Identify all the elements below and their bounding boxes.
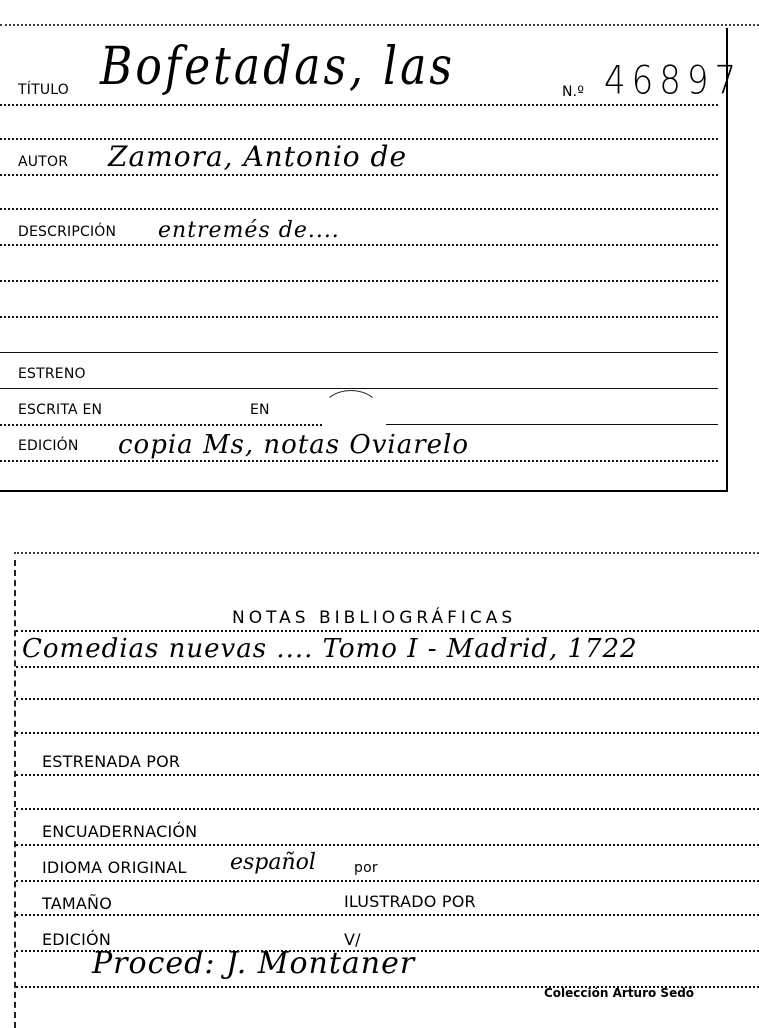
written-in-rule-right — [386, 424, 718, 425]
card-front: TÍTULO Bofetadas, las N.º 46897 AUTOR Za… — [0, 28, 728, 492]
premiered-by-label: ESTRENADA POR — [42, 752, 180, 771]
scan-edge-middle — [14, 552, 759, 554]
author-label: AUTOR — [18, 154, 68, 170]
title-value: Bofetadas, las — [100, 36, 455, 97]
premiere-rule — [0, 388, 718, 389]
notes-rule-3 — [16, 698, 759, 700]
illustrated-by-label: ILUSTRADO POR — [344, 892, 476, 911]
notes-rule-4 — [16, 732, 759, 734]
original-language-value: español — [230, 850, 316, 875]
notes-rule-2 — [16, 666, 759, 668]
original-language-by-label: por — [354, 860, 378, 876]
title-label: TÍTULO — [18, 82, 69, 98]
premiered-by-rule — [16, 774, 759, 776]
card-back: NOTAS BIBLIOGRÁFICAS Comedias nuevas ...… — [14, 560, 759, 1028]
provenance-value: Proced: J. Montaner — [92, 946, 415, 981]
bibliographic-notes-heading: NOTAS BIBLIOGRÁFICAS — [232, 608, 516, 628]
stamp-mark — [322, 390, 380, 432]
written-in-year-label: EN — [250, 402, 270, 418]
author-rule-2 — [0, 208, 718, 210]
blank-rule-back — [16, 808, 759, 810]
binding-rule — [16, 844, 759, 846]
blank-rule-3 — [0, 352, 718, 353]
description-value: entremés de.... — [158, 218, 340, 243]
original-language-label: IDIOMA ORIGINAL — [42, 858, 187, 877]
number-value: 46897 — [604, 58, 742, 104]
binding-label: ENCUADERNACIÓN — [42, 822, 197, 841]
scan-edge-top — [0, 24, 759, 26]
size-label: TAMAÑO — [42, 894, 112, 913]
written-in-rule — [0, 424, 322, 426]
description-label: DESCRIPCIÓN — [18, 224, 116, 240]
premiere-label: ESTRENO — [18, 366, 86, 382]
author-value: Zamora, Antonio de — [108, 140, 407, 173]
blank-rule-2 — [0, 316, 718, 318]
collection-credit: Colección Arturo Sedó — [544, 986, 694, 1000]
title-rule — [0, 104, 718, 106]
number-label: N.º — [562, 84, 584, 100]
edition-rule — [0, 460, 718, 462]
blank-rule-1 — [0, 280, 718, 282]
notes-rule-1 — [16, 630, 759, 632]
description-rule — [0, 244, 718, 246]
written-in-label: ESCRITA EN — [18, 402, 102, 418]
author-rule — [0, 174, 718, 176]
edition-value: copia Ms, notas Oviarelo — [118, 430, 469, 460]
bibliographic-notes-value: Comedias nuevas .... Tomo I - Madrid, 17… — [22, 634, 638, 664]
size-rule — [16, 914, 759, 916]
edition-label: EDICIÓN — [18, 438, 79, 454]
original-language-rule — [16, 880, 759, 882]
